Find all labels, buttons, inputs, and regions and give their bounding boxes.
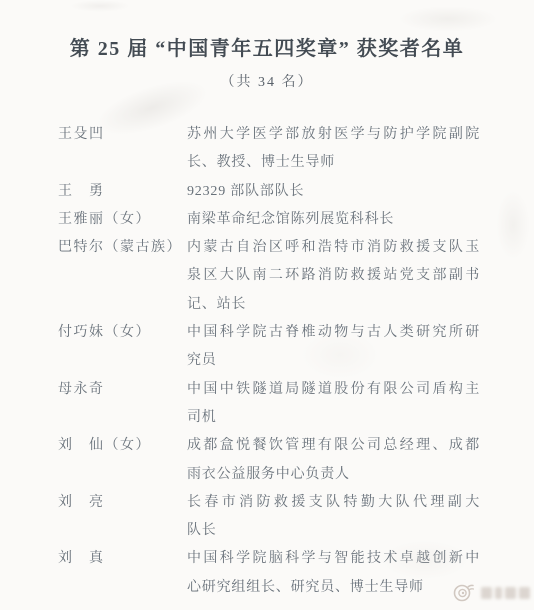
awardee-position-line: 队长 <box>187 517 480 545</box>
awardee-list: 王殳凹 苏州大学医学部放射医学与防护学院副院长、教授、博士生导师 王 勇 923… <box>58 121 480 602</box>
document-subtitle: （共 34 名） <box>0 71 534 91</box>
awardee-position-line: 记、站长 <box>187 291 480 319</box>
awardee-name: 母永奇 <box>58 376 187 404</box>
awardee-position: 中国科学院古脊椎动物与古人类研究所研究员 <box>187 319 480 376</box>
list-entry: 王殳凹 苏州大学医学部放射医学与防护学院副院长、教授、博士生导师 <box>58 121 480 178</box>
list-entry: 母永奇 中国中铁隧道局隧道股份有限公司盾构主司机 <box>58 376 480 433</box>
awardee-position-line: 中国科学院脑科学与智能技术卓越创新中 <box>187 545 480 573</box>
awardee-position-line: 内蒙古自治区呼和浩特市消防救援支队玉 <box>187 234 480 262</box>
awardee-position-line: 雨衣公益服务中心负责人 <box>187 461 480 489</box>
awardee-position-line: 长、教授、博士生导师 <box>187 149 480 177</box>
list-entry: 巴特尔（蒙古族） 内蒙古自治区呼和浩特市消防救援支队玉泉区大队南二环路消防救援站… <box>58 234 480 319</box>
awardee-name: 刘 亮 <box>58 489 187 517</box>
paper-smudge <box>398 6 498 32</box>
awardee-name: 王雅丽（女） <box>58 206 187 234</box>
awardee-name: 刘 真 <box>58 545 187 573</box>
awardee-position-line: 中国中铁隧道局隧道股份有限公司盾构主 <box>187 376 480 404</box>
list-entry: 王雅丽（女） 南梁革命纪念馆陈列展览科科长 <box>58 206 480 234</box>
awardee-position: 中国科学院脑科学与智能技术卓越创新中心研究组组长、研究员、博士生导师 <box>187 545 480 602</box>
watermark-text-illegible <box>481 587 530 599</box>
list-entry: 刘 仙（女） 成都盒悦餐饮管理有限公司总经理、成都雨衣公益服务中心负责人 <box>58 432 480 489</box>
list-entry: 付巧妹（女） 中国科学院古脊椎动物与古人类研究所研究员 <box>58 319 480 376</box>
awardee-name: 王 勇 <box>58 178 187 206</box>
awardee-name: 付巧妹（女） <box>58 319 187 347</box>
awardee-name: 王殳凹 <box>58 121 187 149</box>
list-entry: 刘 亮 长春市消防救援支队特勤大队代理副大队长 <box>58 489 480 546</box>
awardee-position-line: 南梁革命纪念馆陈列展览科科长 <box>187 206 480 234</box>
awardee-position-line: 成都盒悦餐饮管理有限公司总经理、成都 <box>187 432 480 460</box>
document-page: 第 25 届 “中国青年五四奖章” 获奖者名单 （共 34 名） 王殳凹 苏州大… <box>0 0 534 610</box>
awardee-position: 长春市消防救援支队特勤大队代理副大队长 <box>187 489 480 546</box>
awardee-position-line: 苏州大学医学部放射医学与防护学院副院 <box>187 121 480 149</box>
list-entry: 王 勇 92329 部队部队长 <box>58 178 480 206</box>
awardee-position-line: 中国科学院古脊椎动物与古人类研究所研 <box>187 319 480 347</box>
document-title: 第 25 届 “中国青年五四奖章” 获奖者名单 <box>0 32 534 61</box>
awardee-position: 内蒙古自治区呼和浩特市消防救援支队玉泉区大队南二环路消防救援站党支部副书记、站长 <box>187 234 480 319</box>
awardee-position-line: 泉区大队南二环路消防救援站党支部副书 <box>187 262 480 290</box>
awardee-position-line: 92329 部队部队长 <box>187 178 480 206</box>
awardee-position: 92329 部队部队长 <box>187 178 480 206</box>
list-entry: 刘 真 中国科学院脑科学与智能技术卓越创新中心研究组组长、研究员、博士生导师 <box>58 545 480 602</box>
awardee-position: 南梁革命纪念馆陈列展览科科长 <box>187 206 480 234</box>
awardee-name: 刘 仙（女） <box>58 432 187 460</box>
awardee-position: 苏州大学医学部放射医学与防护学院副院长、教授、博士生导师 <box>187 121 480 178</box>
awardee-position-line: 司机 <box>187 404 480 432</box>
awardee-position-line: 长春市消防救援支队特勤大队代理副大 <box>187 489 480 517</box>
paper-smudge <box>70 0 130 12</box>
awardee-name: 巴特尔（蒙古族） <box>58 234 187 262</box>
awardee-position-line: 心研究组组长、研究员、博士生导师 <box>187 574 480 602</box>
awardee-position: 中国中铁隧道局隧道股份有限公司盾构主司机 <box>187 376 480 433</box>
awardee-position: 成都盒悦餐饮管理有限公司总经理、成都雨衣公益服务中心负责人 <box>187 432 480 489</box>
awardee-position-line: 究员 <box>187 347 480 375</box>
paper-smudge <box>496 190 530 260</box>
